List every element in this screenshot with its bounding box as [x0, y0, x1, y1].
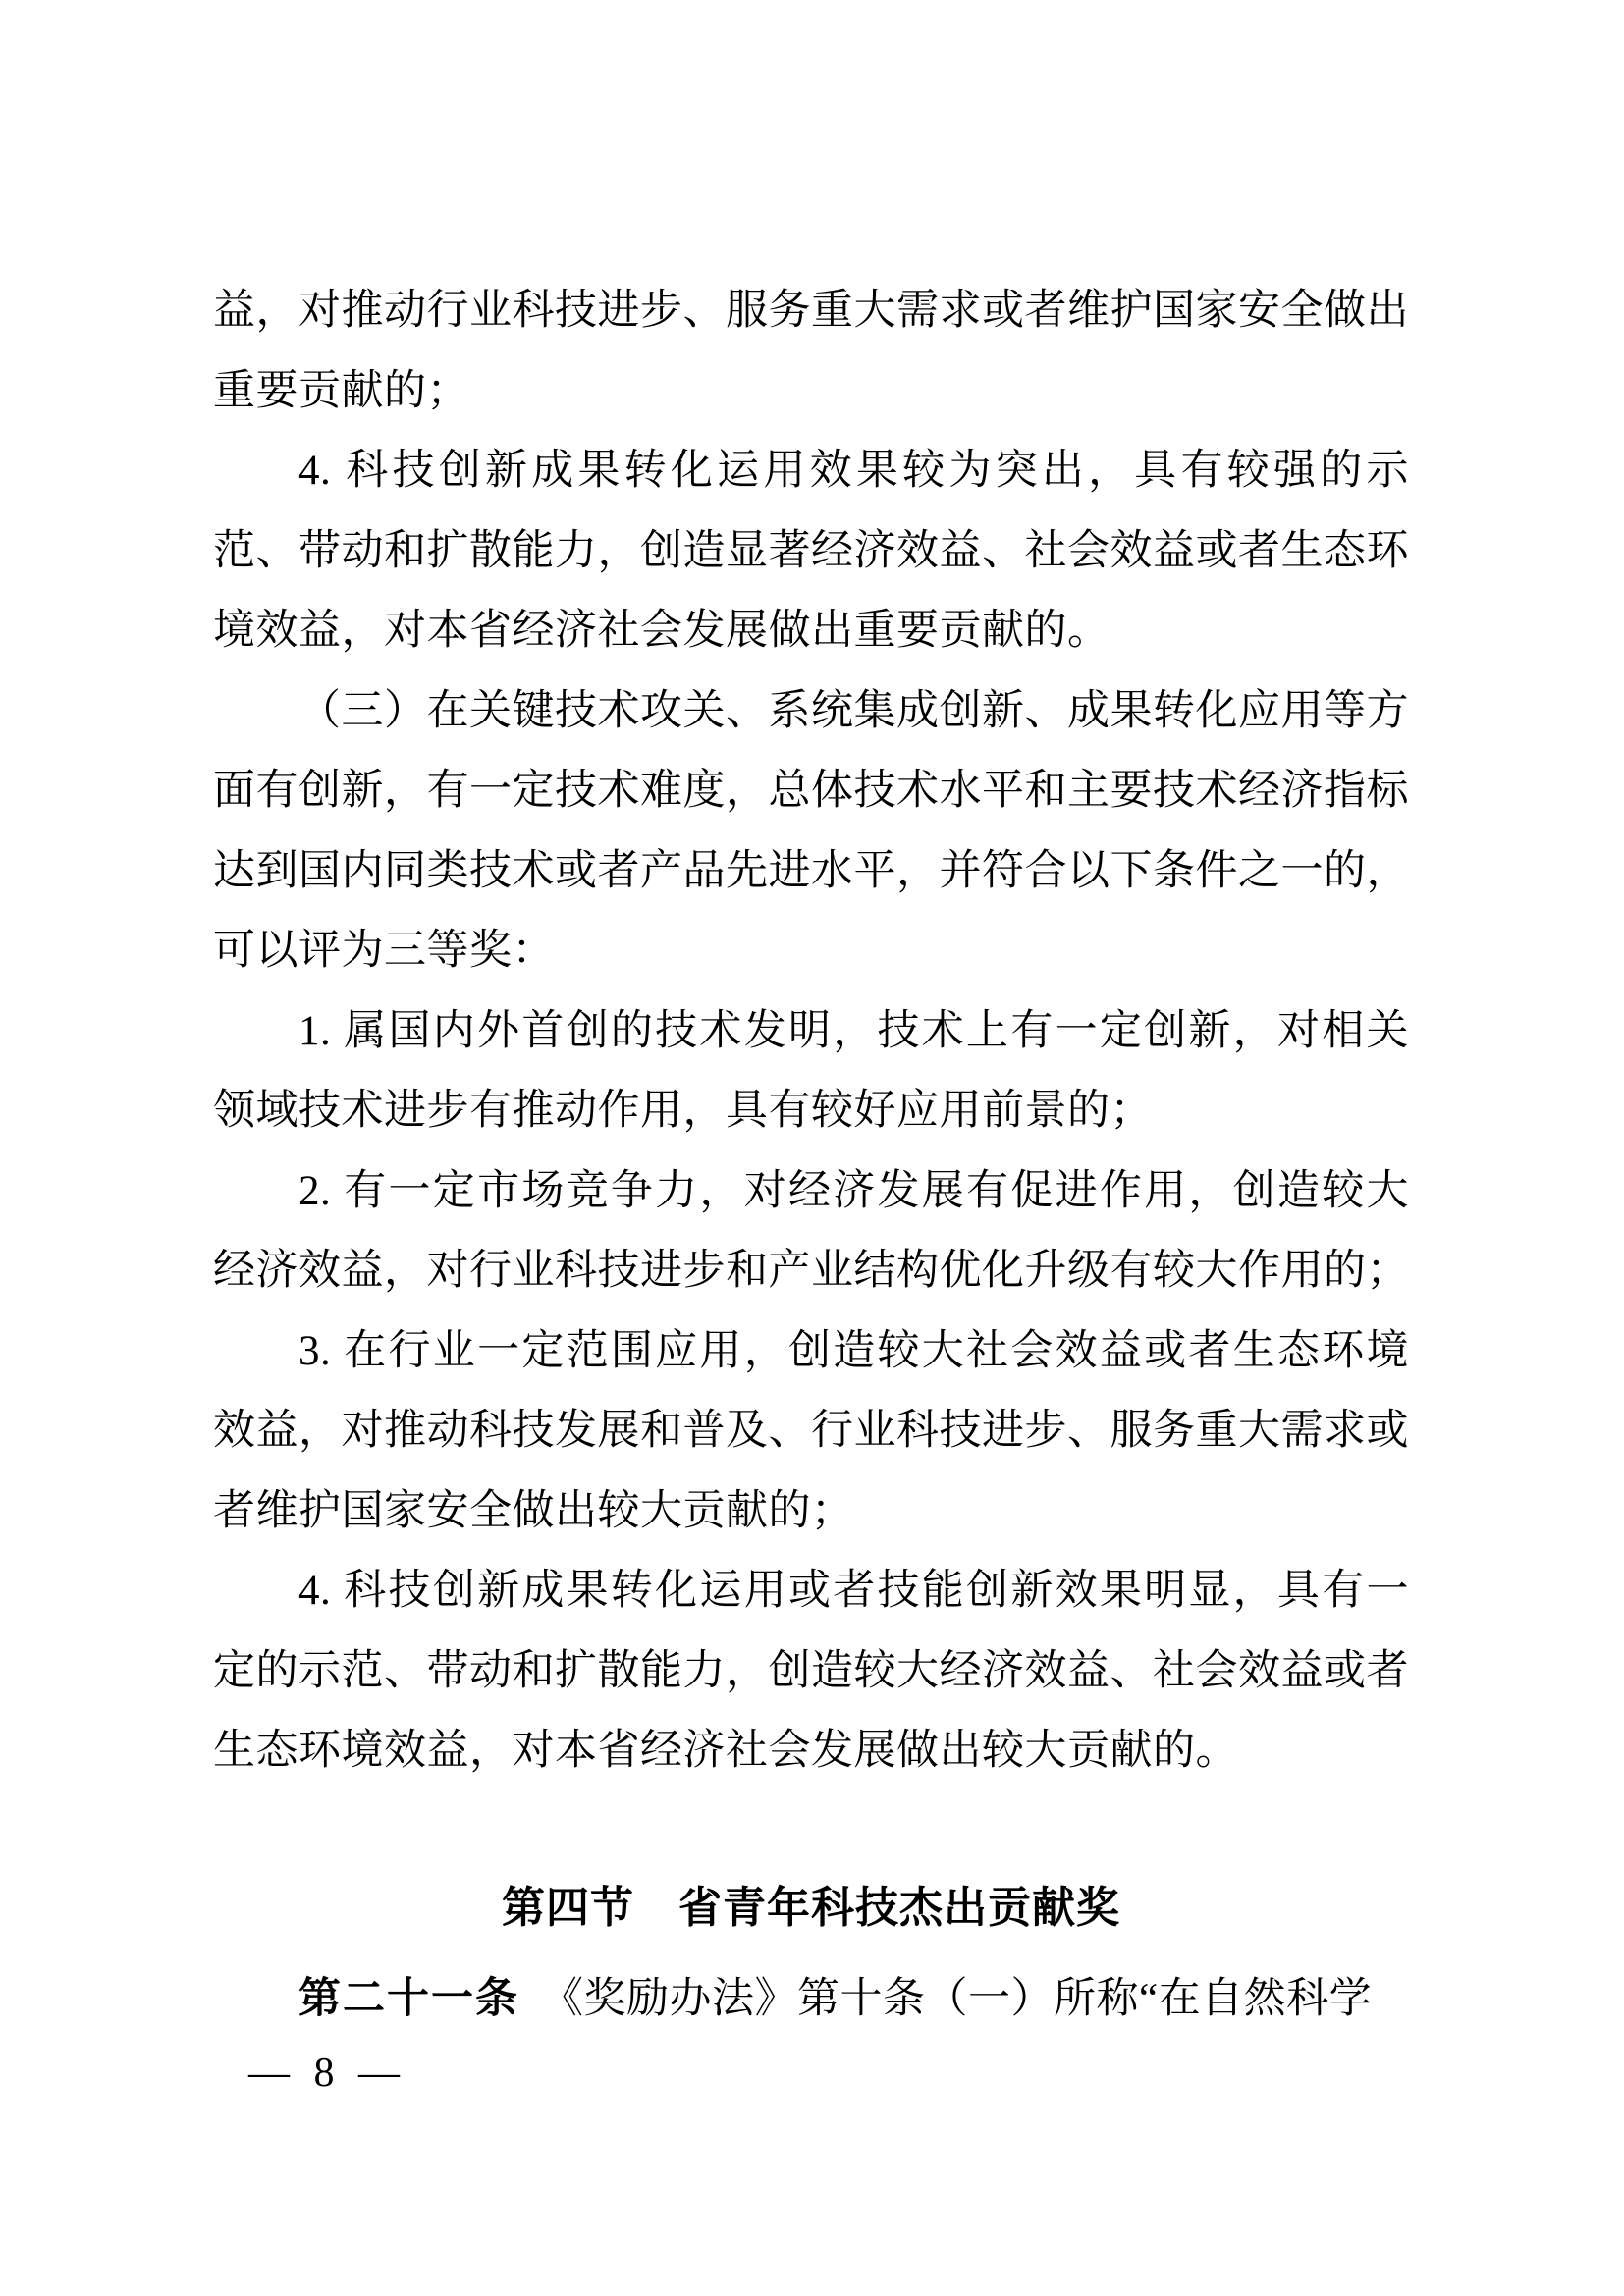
paragraph: 3. 在行业一定范围应用，创造较大社会效益或者生态环境效益，对推动科技发展和普及…	[213, 1311, 1409, 1552]
paragraph: （三）在关键技术攻关、系统集成创新、成果转化应用等方面有创新，有一定技术难度，总…	[213, 671, 1409, 991]
paragraph: 2. 有一定市场竞争力，对经济发展有促进作用，创造较大经济效益，对行业科技进步和…	[213, 1151, 1409, 1311]
page-number: — 8 —	[248, 2048, 406, 2099]
article-21: 第二十一条《奖励办法》第十条（一）所称“在自然科学	[213, 1959, 1409, 2040]
article-text: 《奖励办法》第十条（一）所称“在自然科学	[541, 1976, 1372, 2022]
paragraph: 4. 科技创新成果转化运用效果较为突出，具有较强的示范、带动和扩散能力，创造显著…	[213, 431, 1409, 671]
paragraph: 4. 科技创新成果转化运用或者技能创新效果明显，具有一定的示范、带动和扩散能力，…	[213, 1551, 1409, 1791]
document-body: 益，对推动行业科技进步、服务重大需求或者维护国家安全做出重要贡献的；4. 科技创…	[213, 271, 1409, 2040]
paragraph: 益，对推动行业科技进步、服务重大需求或者维护国家安全做出重要贡献的；	[213, 271, 1409, 431]
document-body-paragraphs: 益，对推动行业科技进步、服务重大需求或者维护国家安全做出重要贡献的；4. 科技创…	[213, 271, 1409, 1791]
document-page: 益，对推动行业科技进步、服务重大需求或者维护国家安全做出重要贡献的；4. 科技创…	[0, 0, 1624, 2296]
article-number: 第二十一条	[298, 1975, 519, 2022]
section-heading: 第四节 省青年科技杰出贡献奖	[213, 1868, 1409, 1949]
paragraph: 1. 属国内外首创的技术发明，技术上有一定创新，对相关领域技术进步有推动作用，具…	[213, 991, 1409, 1151]
